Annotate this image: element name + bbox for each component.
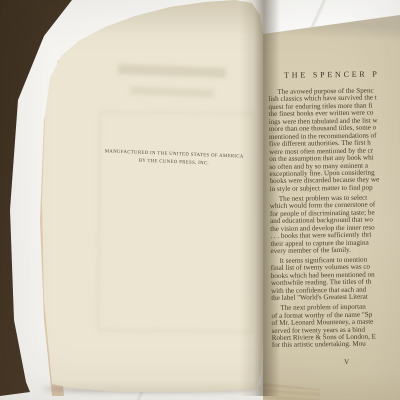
body-text: The avowed purpose of the Spenclish clas…	[268, 87, 400, 350]
chapter-heading: THE SPENCER P	[268, 69, 400, 80]
body-text-line: for this artistic undertaking. Mou	[272, 341, 400, 350]
body-text-line: in style or subject matter to find pop	[270, 184, 400, 193]
body-text-line: the label "World's Greatest Literat	[271, 293, 400, 302]
book-photo: MANUFACTURED IN THE UNITED STATES OF AME…	[0, 0, 400, 400]
show-through-frame	[97, 111, 255, 333]
body-text-line: every member of the family.	[270, 246, 400, 255]
right-page-text: THE SPENCER P The avowed purpose of the …	[268, 69, 400, 367]
